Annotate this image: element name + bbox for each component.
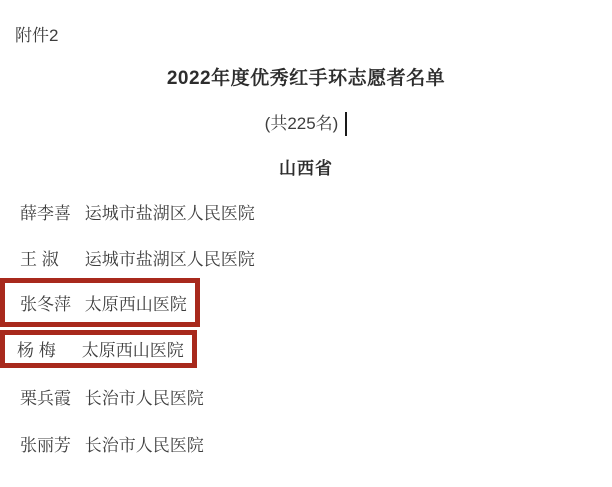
volunteer-hospital: 运城市盐湖区人民医院 — [85, 203, 255, 225]
volunteer-row: 王 淑 运城市盐湖区人民医院 — [20, 249, 255, 271]
count-note: (共225名) — [265, 114, 339, 133]
volunteer-hospital: 长治市人民医院 — [85, 388, 204, 410]
document-title: 2022年度优秀红手环志愿者名单 — [0, 67, 612, 91]
volunteer-name: 王 淑 — [20, 249, 72, 271]
volunteer-hospital: 太原西山医院 — [85, 294, 187, 316]
volunteer-hospital: 长治市人民医院 — [85, 435, 204, 457]
volunteer-hospital: 太原西山医院 — [82, 340, 184, 362]
volunteer-name: 栗兵霞 — [20, 388, 72, 410]
volunteer-hospital: 运城市盐湖区人民医院 — [85, 249, 255, 271]
volunteer-name: 杨 梅 — [17, 340, 69, 362]
highlight-box-annotation: 张冬萍 太原西山医院 — [0, 278, 200, 327]
volunteer-row: 栗兵霞 长治市人民医院 — [20, 388, 204, 410]
text-caret — [345, 112, 347, 136]
attachment-label: 附件2 — [15, 25, 58, 47]
count-note-row: (共225名) — [0, 112, 612, 137]
highlight-box-annotation: 杨 梅 太原西山医院 — [0, 330, 197, 368]
volunteer-row: 薛李喜 运城市盐湖区人民医院 — [20, 203, 255, 225]
section-heading-shanxi: 山西省 — [0, 158, 612, 180]
volunteer-name: 张冬萍 — [20, 294, 72, 316]
volunteer-row: 张丽芳 长治市人民医院 — [20, 435, 204, 457]
volunteer-name: 薛李喜 — [20, 203, 72, 225]
document-page[interactable]: 附件2 2022年度优秀红手环志愿者名单 (共225名) 山西省 薛李喜 运城市… — [0, 0, 612, 487]
volunteer-name: 张丽芳 — [20, 435, 72, 457]
